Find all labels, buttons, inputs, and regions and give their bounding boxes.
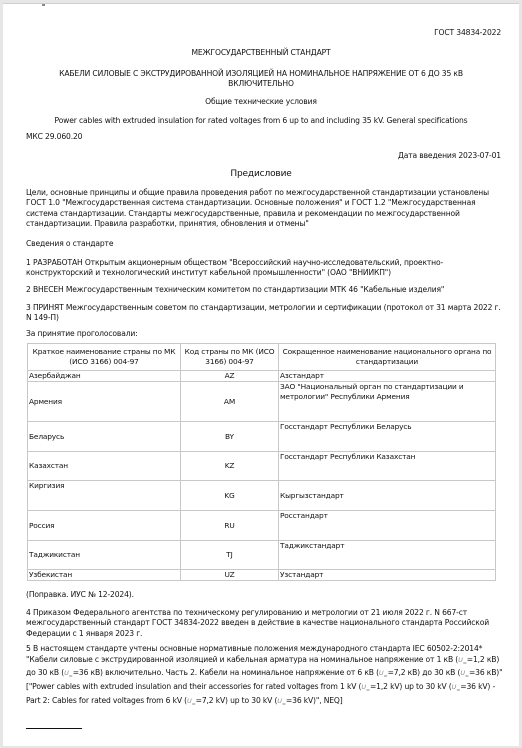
voltage-symbol: U= bbox=[458, 656, 467, 664]
item5-text: =36 kV)", NEQ] bbox=[286, 696, 343, 705]
foreword-intro: Цели, основные принципы и общие правила … bbox=[26, 188, 504, 229]
table-row: Россия RU Росстандарт bbox=[28, 511, 496, 541]
header-country: Краткое наименование страны по МК (ИСО 3… bbox=[28, 344, 181, 371]
voltage-symbol: U= bbox=[64, 669, 73, 677]
org-cell: Узстандарт bbox=[279, 570, 496, 581]
org-cell: Азстандарт bbox=[279, 371, 496, 382]
amendment-note: (Поправка. ИУС № 12-2024). bbox=[26, 590, 134, 600]
country-cell: Россия bbox=[28, 511, 181, 541]
table-row: Узбекистан UZ Узстандарт bbox=[28, 570, 496, 581]
country-cell: Таджикистан bbox=[28, 541, 181, 570]
code-cell: UZ bbox=[181, 570, 279, 581]
org-cell: ЗАО "Национальный орган по стандартизаци… bbox=[279, 382, 496, 422]
item5-text: =36 кВ) включительно. Часть 2. Кабели на… bbox=[73, 668, 379, 677]
code-cell: KZ bbox=[181, 452, 279, 481]
header-org: Сокращенное наименование национального о… bbox=[279, 344, 496, 371]
voltage-symbol: U= bbox=[452, 683, 461, 691]
code-cell: AZ bbox=[181, 371, 279, 382]
org-cell: Росстандарт bbox=[279, 511, 496, 541]
country-cell: Азербайджан bbox=[28, 371, 181, 382]
foreword-heading: Предисловие bbox=[3, 169, 519, 179]
code-cell: BY bbox=[181, 422, 279, 452]
country-cell: Казахстан bbox=[28, 452, 181, 481]
table-row: Армения AM ЗАО "Национальный орган по ст… bbox=[28, 382, 496, 422]
code-cell: AM bbox=[181, 382, 279, 422]
country-cell: Армения bbox=[28, 382, 181, 422]
title-ru-line2: ВКЛЮЧИТЕЛЬНО bbox=[3, 79, 519, 89]
table-row: Беларусь BY Госстандарт Республики Белар… bbox=[28, 422, 496, 452]
item-international-basis: 5 В настоящем стандарте учтены основные … bbox=[26, 644, 504, 710]
item-developed: 1 РАЗРАБОТАН Открытым акционерным общест… bbox=[26, 258, 504, 279]
voltage-symbol: U= bbox=[460, 669, 469, 677]
org-cell: Госстандарт Республики Казахстан bbox=[279, 452, 496, 481]
voted-heading: За принятие проголосовали: bbox=[26, 329, 138, 339]
code-cell: KG bbox=[181, 481, 279, 511]
gost-number: ГОСТ 34834-2022 bbox=[434, 28, 501, 38]
item-submitted: 2 ВНЕСЕН Межгосударственным техническим … bbox=[26, 285, 504, 295]
item5-text: =7,2 кВ) до 30 кВ ( bbox=[388, 668, 461, 677]
item5-text: 5 В настоящем стандарте учтены основные … bbox=[26, 644, 482, 664]
title-ru-line1: КАБЕЛИ СИЛОВЫЕ С ЭКСТРУДИРОВАННОЙ ИЗОЛЯЦ… bbox=[3, 69, 519, 79]
title-en: Power cables with extruded insulation fo… bbox=[3, 116, 519, 126]
table-row: Казахстан KZ Госстандарт Республики Каза… bbox=[28, 452, 496, 481]
table-row: Киргизия KG Кыргызстандарт bbox=[28, 481, 496, 511]
item5-text: =1,2 kV) up to 30 kV ( bbox=[370, 682, 452, 691]
item-enacted: 4 Приказом Федерального агентства по тех… bbox=[26, 608, 504, 639]
document-page: ГОСТ 34834-2022 МЕЖГОСУДАРСТВЕННЫЙ СТАНД… bbox=[3, 3, 519, 746]
page-marker bbox=[42, 4, 45, 6]
info-heading: Сведения о стандарте bbox=[26, 239, 113, 249]
table-row: Азербайджан AZ Азстандарт bbox=[28, 371, 496, 382]
voltage-symbol: U= bbox=[361, 683, 370, 691]
standard-type: МЕЖГОСУДАРСТВЕННЫЙ СТАНДАРТ bbox=[3, 48, 519, 58]
country-cell: Беларусь bbox=[28, 422, 181, 452]
mks-code: МКС 29.060.20 bbox=[26, 132, 82, 142]
code-cell: TJ bbox=[181, 541, 279, 570]
footnote-separator bbox=[26, 728, 82, 729]
subtitle-ru: Общие технические условия bbox=[3, 97, 519, 107]
code-cell: RU bbox=[181, 511, 279, 541]
org-cell: Кыргызстандарт bbox=[279, 481, 496, 511]
voltage-symbol: U= bbox=[277, 697, 286, 705]
item-adopted: 3 ПРИНЯТ Межгосударственным советом по с… bbox=[26, 303, 504, 324]
org-cell: Таджикстандарт bbox=[279, 541, 496, 570]
item5-text: =7,2 kV) up to 30 kV ( bbox=[196, 696, 278, 705]
table-row: Таджикистан TJ Таджикстандарт bbox=[28, 541, 496, 570]
header-code: Код страны по МК (ИСО 3166) 004-97 bbox=[181, 344, 279, 371]
intro-date: Дата введения 2023-07-01 bbox=[398, 151, 501, 161]
country-cell: Узбекистан bbox=[28, 570, 181, 581]
country-cell: Киргизия bbox=[28, 481, 181, 511]
voltage-symbol: U= bbox=[187, 697, 196, 705]
voting-countries-table: Краткое наименование страны по МК (ИСО 3… bbox=[27, 343, 496, 581]
voltage-symbol: U= bbox=[379, 669, 388, 677]
table-header-row: Краткое наименование страны по МК (ИСО 3… bbox=[28, 344, 496, 371]
org-cell: Госстандарт Республики Беларусь bbox=[279, 422, 496, 452]
